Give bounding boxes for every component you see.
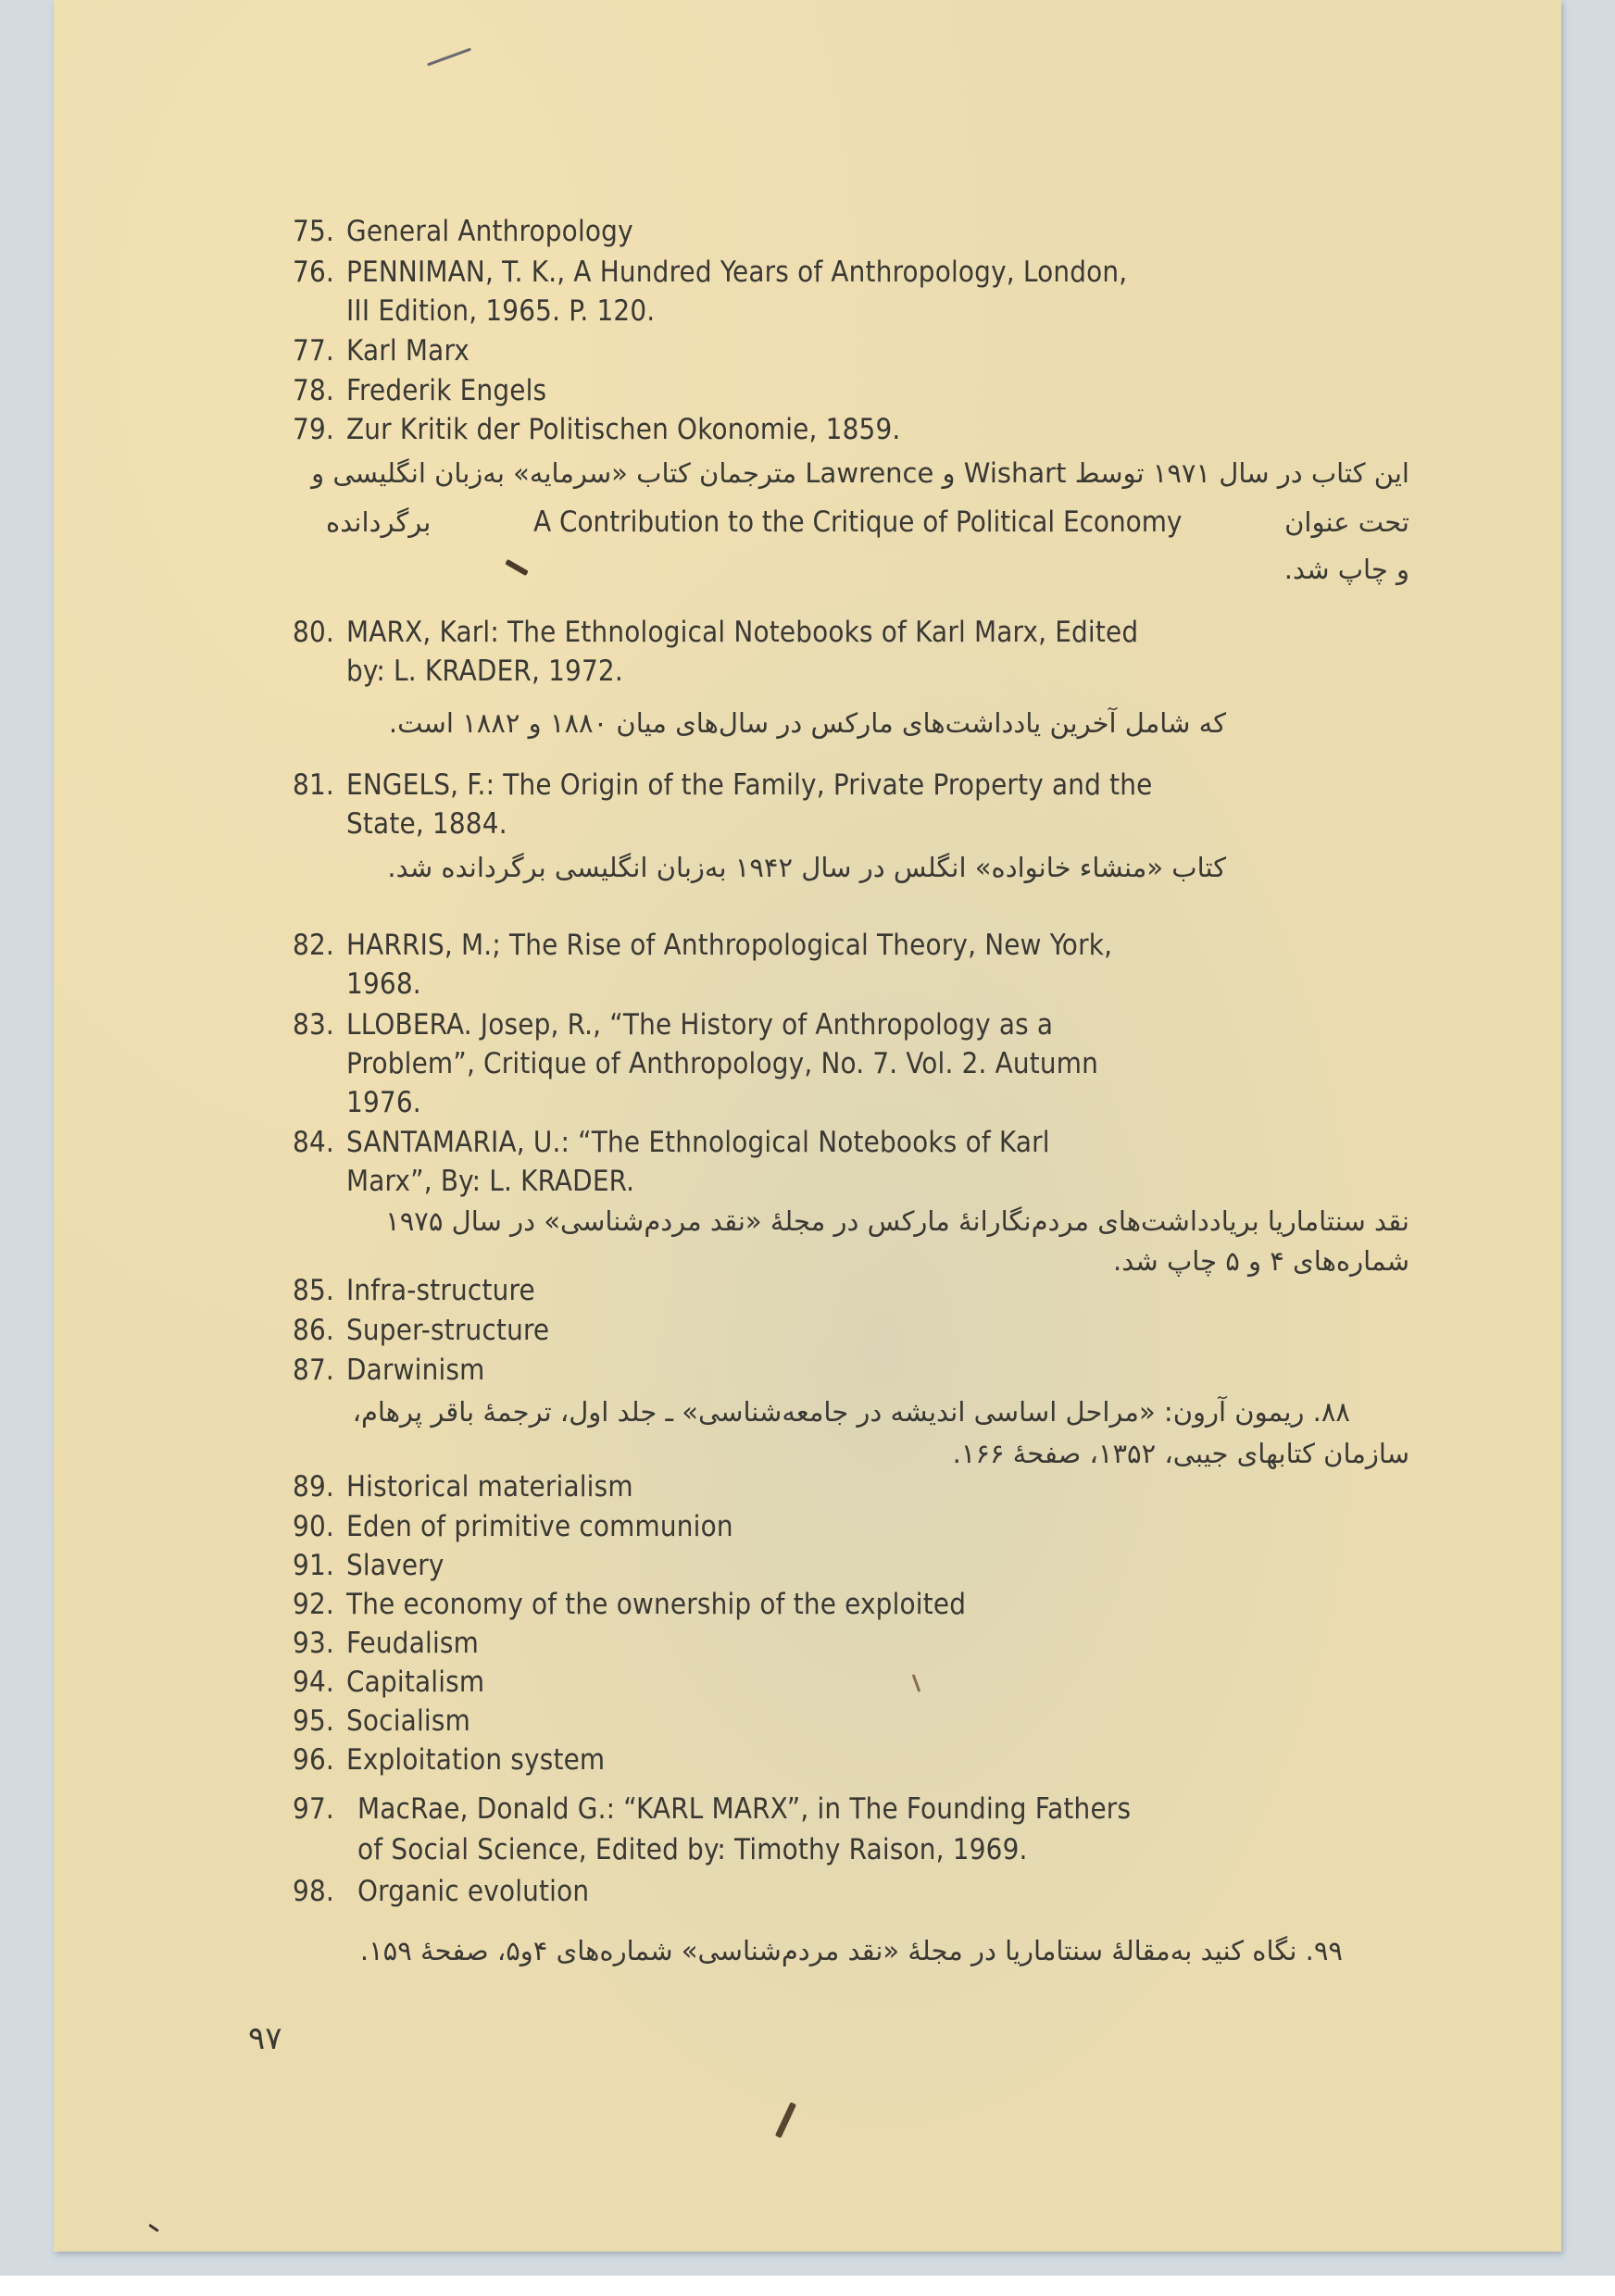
- note-84-persian-1: نقد سنتاماریا بریادداشت‌های مردم‌نگارانه…: [385, 1205, 1409, 1237]
- note-number: 77.: [293, 334, 346, 368]
- note-text: Eden of primitive communion: [346, 1510, 733, 1543]
- note-number: 84.: [293, 1126, 346, 1159]
- page-number: ۹۷: [248, 2020, 282, 2057]
- note-83: 83.LLOBERA. Josep, R., “The History of A…: [293, 1008, 1053, 1042]
- note-text: Zur Kritik der Politischen Okonomie, 185…: [346, 413, 900, 446]
- note-text: Feudalism: [346, 1627, 479, 1660]
- note-76: 76.PENNIMAN, T. K., A Hundred Years of A…: [293, 256, 1127, 289]
- note-text: The economy of the ownership of the expl…: [346, 1588, 966, 1621]
- note-92: 92.The economy of the ownership of the e…: [293, 1588, 966, 1621]
- note-79-persian-3: و چاپ شد.: [1284, 554, 1409, 585]
- note-number: 86.: [293, 1314, 346, 1347]
- note-text: Infra-structure: [346, 1274, 535, 1307]
- note-number: 97.: [293, 1792, 357, 1826]
- note-94: 94.Capitalism: [293, 1666, 484, 1699]
- note-text: Exploitation system: [346, 1743, 605, 1777]
- note-86: 86.Super-structure: [293, 1314, 549, 1347]
- note-text: Slavery: [346, 1549, 444, 1582]
- note-81: 81.ENGELS, F.: The Origin of the Family,…: [293, 768, 1153, 802]
- note-79: 79.Zur Kritik der Politischen Okonomie, …: [293, 413, 900, 446]
- note-80-cont: by: L. KRADER, 1972.: [346, 655, 623, 688]
- note-98: 98.Organic evolution: [293, 1875, 589, 1908]
- note-84-persian-2: شماره‌های ۴ و ۵ چاپ شد.: [1113, 1245, 1409, 1277]
- note-99-persian: ۹۹. نگاه کنید به‌مقالهٔ سنتاماریا در مجل…: [360, 1935, 1343, 1966]
- note-text: Frederik Engels: [346, 374, 546, 407]
- note-text: HARRIS, M.; The Rise of Anthropological …: [346, 929, 1112, 962]
- note-87: 87.Darwinism: [293, 1354, 485, 1387]
- note-number: 92.: [293, 1588, 346, 1621]
- note-number: 90.: [293, 1510, 346, 1543]
- note-78: 78.Frederik Engels: [293, 374, 546, 407]
- note-text: SANTAMARIA, U.: “The Ethnological Notebo…: [346, 1126, 1050, 1159]
- note-number: 89.: [293, 1470, 346, 1504]
- note-number: 82.: [293, 929, 346, 962]
- note-number: 91.: [293, 1549, 346, 1582]
- note-text: ENGELS, F.: The Origin of the Family, Pr…: [346, 768, 1153, 802]
- note-91: 91.Slavery: [293, 1549, 444, 1582]
- note-text: PENNIMAN, T. K., A Hundred Years of Anth…: [346, 256, 1127, 289]
- note-83-cont: Problem”, Critique of Anthropology, No. …: [346, 1047, 1098, 1080]
- note-text: LLOBERA. Josep, R., “The History of Anth…: [346, 1008, 1053, 1042]
- note-88-persian-1: ۸۸. ریمون آرون: «مراحل اساسی اندیشه در ج…: [353, 1396, 1350, 1428]
- note-85: 85.Infra-structure: [293, 1274, 535, 1307]
- note-97-cont: of Social Science, Edited by: Timothy Ra…: [357, 1833, 1028, 1866]
- note-number: 76.: [293, 256, 346, 289]
- note-79-english-title: A Contribution to the Critique of Politi…: [533, 505, 1182, 539]
- note-text: MacRae, Donald G.: “KARL MARX”, in The F…: [357, 1792, 1131, 1826]
- note-79-persian-1: این کتاب در سال ۱۹۷۱ توسط Wishart و Lawr…: [311, 457, 1409, 489]
- note-95: 95.Socialism: [293, 1704, 470, 1738]
- note-number: 98.: [293, 1875, 357, 1908]
- note-79-persian-2: برگردانده A Contribution to the Critique…: [326, 505, 1409, 539]
- note-text: Historical materialism: [346, 1470, 633, 1504]
- note-93: 93.Feudalism: [293, 1627, 479, 1660]
- note-89: 89.Historical materialism: [293, 1470, 633, 1504]
- note-number: 96.: [293, 1743, 346, 1777]
- note-79-fa-right: تحت عنوان: [1284, 506, 1409, 538]
- note-79-fa-left: برگردانده: [326, 506, 431, 538]
- note-81-persian: کتاب «منشاء خانواده» انگلس در سال ۱۹۴۲ ب…: [387, 852, 1226, 883]
- note-text: Capitalism: [346, 1666, 484, 1699]
- note-88-persian-2: سازمان کتابهای جیبی، ۱۳۵۲، صفحهٔ ۱۶۶.: [953, 1438, 1409, 1469]
- note-84: 84.SANTAMARIA, U.: “The Ethnological Not…: [293, 1126, 1050, 1159]
- note-82-cont: 1968.: [346, 967, 421, 1001]
- note-number: 95.: [293, 1704, 346, 1738]
- note-80: 80.MARX, Karl: The Ethnological Notebook…: [293, 616, 1138, 649]
- note-text: General Anthropology: [346, 215, 633, 248]
- note-number: 94.: [293, 1666, 346, 1699]
- note-number: 81.: [293, 768, 346, 802]
- note-text: Darwinism: [346, 1354, 485, 1387]
- note-75: 75.General Anthropology: [293, 215, 633, 248]
- note-90: 90.Eden of primitive communion: [293, 1510, 733, 1543]
- note-80-persian: که شامل آخرین یادداشت‌های مارکس در سال‌ه…: [389, 707, 1226, 739]
- note-76-cont: III Edition, 1965. P. 120.: [346, 294, 655, 328]
- note-text: MARX, Karl: The Ethnological Notebooks o…: [346, 616, 1138, 649]
- note-number: 75.: [293, 215, 346, 248]
- note-number: 78.: [293, 374, 346, 407]
- note-text: Karl Marx: [346, 334, 469, 368]
- note-text: Organic evolution: [357, 1875, 589, 1908]
- note-97: 97.MacRae, Donald G.: “KARL MARX”, in Th…: [293, 1792, 1131, 1826]
- note-96: 96.Exploitation system: [293, 1743, 605, 1777]
- note-text: Socialism: [346, 1704, 470, 1738]
- note-number: 87.: [293, 1354, 346, 1387]
- note-83-cont-2: 1976.: [346, 1086, 421, 1119]
- note-number: 85.: [293, 1274, 346, 1307]
- note-82: 82.HARRIS, M.; The Rise of Anthropologic…: [293, 929, 1112, 962]
- note-number: 93.: [293, 1627, 346, 1660]
- note-84-cont: Marx”, By: L. KRADER.: [346, 1165, 634, 1198]
- note-81-cont: State, 1884.: [346, 807, 507, 841]
- note-text: Super-structure: [346, 1314, 549, 1347]
- note-number: 80.: [293, 616, 346, 649]
- note-77: 77.Karl Marx: [293, 334, 469, 368]
- note-number: 83.: [293, 1008, 346, 1042]
- note-number: 79.: [293, 413, 346, 446]
